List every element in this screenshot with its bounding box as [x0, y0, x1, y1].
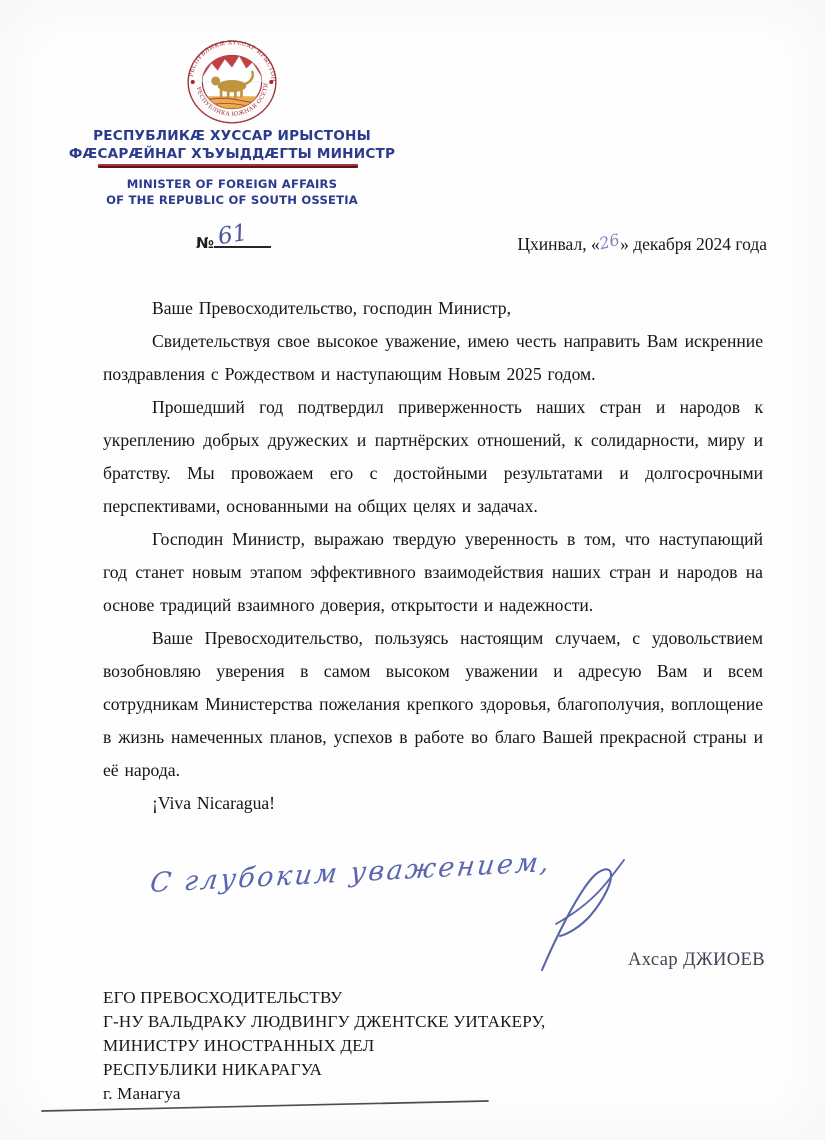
south-ossetia-coat-of-arms-icon: РЕСПУБЛИКÆ ХУССАР ИРЫСТОН РЕСПУБЛИКА ЮЖН…	[181, 36, 283, 128]
letter-body: Ваше Превосходительство, господин Минист…	[103, 292, 763, 820]
letterhead-title-english-line2: OF THE REPUBLIC OF SOUTH OSSETIA	[62, 192, 402, 208]
reference-number-handwritten: 61	[216, 220, 249, 250]
address-line-name: Г-НУ ВАЛЬДРАКУ ЛЮДВИНГУ ДЖЕНТСКЕ УИТАКЕР…	[103, 1010, 663, 1034]
letterhead-title-english-line1: MINISTER OF FOREIGN AFFAIRS	[62, 176, 402, 192]
paragraph-past-year: Прошедший год подтвердил приверженность …	[103, 391, 763, 523]
reference-number-label: №	[196, 234, 214, 252]
address-line-minister: МИНИСТРУ ИНОСТРАННЫХ ДЕЛ	[103, 1034, 663, 1058]
dateline-prefix: Цхинвал, «	[517, 234, 599, 254]
dateline-handwritten-day: 26	[597, 230, 621, 253]
letter-page: РЕСПУБЛИКÆ ХУССАР ИРЫСТОН РЕСПУБЛИКА ЮЖН…	[0, 0, 825, 1140]
reference-number: № 61	[196, 230, 271, 260]
recipient-address: ЕГО ПРЕВОСХОДИТЕЛЬСТВУ Г-НУ ВАЛЬДРАКУ ЛЮ…	[103, 986, 663, 1106]
address-line-country: РЕСПУБЛИКИ НИКАРАГУА	[103, 1058, 663, 1082]
dateline-suffix: » декабря 2024 года	[620, 234, 767, 254]
letterhead-title-english: MINISTER OF FOREIGN AFFAIRS OF THE REPUB…	[62, 176, 402, 208]
paragraph-confidence: Господин Министр, выражаю твердую уверен…	[103, 523, 763, 622]
handwritten-closing: С глубоким уважением,	[148, 848, 531, 899]
letterhead-divider	[98, 164, 358, 168]
paragraph-viva-nicaragua: ¡Viva Nicaragua!	[103, 787, 763, 820]
letterhead-title-ossetian-line1: РЕСПУБЛИКÆ ХУССАР ИРЫСТОНЫ	[62, 128, 402, 146]
paragraph-wishes: Ваше Превосходительство, пользуясь насто…	[103, 622, 763, 787]
letterhead-title-ossetian-line2: ФÆСАРÆЙНАГ ХЪУЫДДÆГТЫ МИНИСТР	[62, 146, 402, 164]
salutation: Ваше Превосходительство, господин Минист…	[103, 292, 763, 325]
letterhead-title-ossetian: РЕСПУБЛИКÆ ХУССАР ИРЫСТОНЫ ФÆСАРÆЙНАГ ХЪ…	[62, 128, 402, 163]
paragraph-greeting: Свидетельствуя свое высокое уважение, им…	[103, 325, 763, 391]
scan-artifact-line	[36, 1096, 496, 1116]
address-line-excellency: ЕГО ПРЕВОСХОДИТЕЛЬСТВУ	[103, 986, 663, 1010]
dateline: Цхинвал, «26» декабря 2024 года	[517, 234, 767, 255]
signer-name: Ахсар ДЖИОЕВ	[628, 950, 765, 971]
